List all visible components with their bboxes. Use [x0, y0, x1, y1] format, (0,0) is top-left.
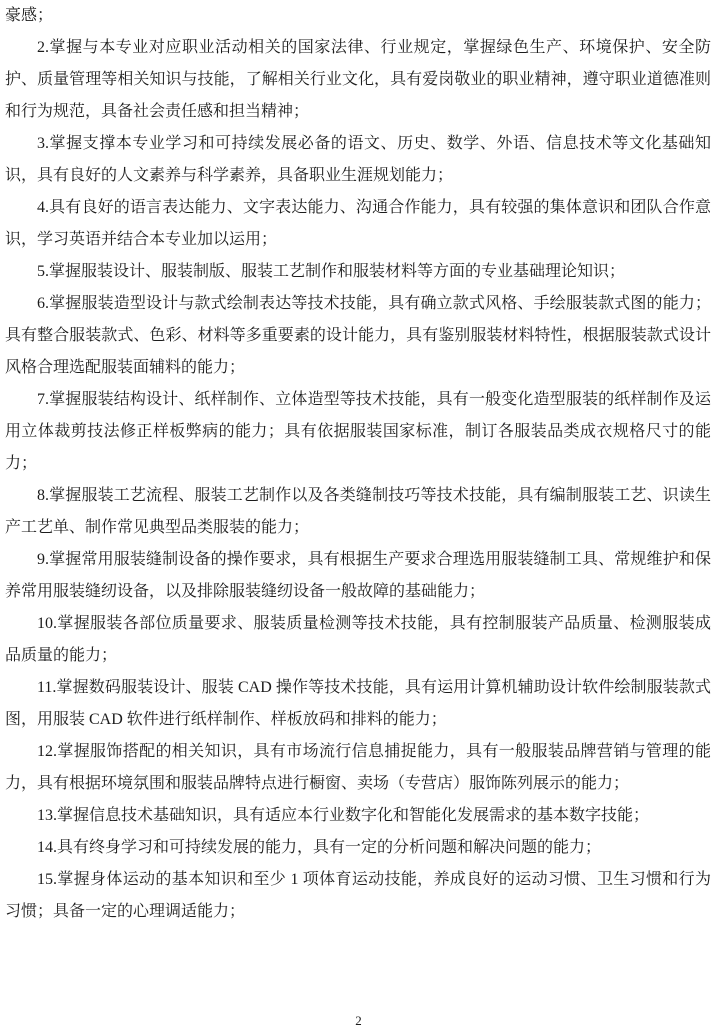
paragraph-5: 5.掌握服装设计、服装制版、服装工艺制作和服装材料等方面的专业基础理论知识； — [5, 256, 711, 288]
paragraph-6: 6.掌握服装造型设计与款式绘制表达等技术技能，具有确立款式风格、手绘服装款式图的… — [5, 288, 711, 384]
paragraph-12: 12.掌握服饰搭配的相关知识，具有市场流行信息捕捉能力，具有一般服装品牌营销与管… — [5, 736, 711, 800]
document-page: 豪感；2.掌握与本专业对应职业活动相关的国家法律、行业规定，掌握绿色生产、环境保… — [0, 0, 717, 1033]
paragraph-15: 15.掌握身体运动的基本知识和至少 1 项体育运动技能，养成良好的运动习惯、卫生… — [5, 864, 711, 928]
paragraph-9: 9.掌握常用服装缝制设备的操作要求，具有根据生产要求合理选用服装缝制工具、常规维… — [5, 544, 711, 608]
paragraph-11: 11.掌握数码服装设计、服装 CAD 操作等技术技能，具有运用计算机辅助设计软件… — [5, 672, 711, 736]
paragraph-4: 4.具有良好的语言表达能力、文字表达能力、沟通合作能力，具有较强的集体意识和团队… — [5, 192, 711, 256]
paragraph-2: 2.掌握与本专业对应职业活动相关的国家法律、行业规定，掌握绿色生产、环境保护、安… — [5, 32, 711, 128]
page-number: 2 — [0, 1014, 717, 1027]
paragraph-13: 13.掌握信息技术基础知识，具有适应本行业数字化和智能化发展需求的基本数字技能； — [5, 800, 711, 832]
paragraph-14: 14.具有终身学习和可持续发展的能力，具有一定的分析问题和解决问题的能力； — [5, 832, 711, 864]
document-body: 豪感；2.掌握与本专业对应职业活动相关的国家法律、行业规定，掌握绿色生产、环境保… — [5, 0, 711, 928]
paragraph-10: 10.掌握服装各部位质量要求、服装质量检测等技术技能，具有控制服装产品质量、检测… — [5, 608, 711, 672]
paragraph-8: 8.掌握服装工艺流程、服装工艺制作以及各类缝制技巧等技术技能，具有编制服装工艺、… — [5, 480, 711, 544]
paragraph-1: 豪感； — [5, 0, 711, 32]
paragraph-3: 3.掌握支撑本专业学习和可持续发展必备的语文、历史、数学、外语、信息技术等文化基… — [5, 128, 711, 192]
paragraph-7: 7.掌握服装结构设计、纸样制作、立体造型等技术技能，具有一般变化造型服装的纸样制… — [5, 384, 711, 480]
